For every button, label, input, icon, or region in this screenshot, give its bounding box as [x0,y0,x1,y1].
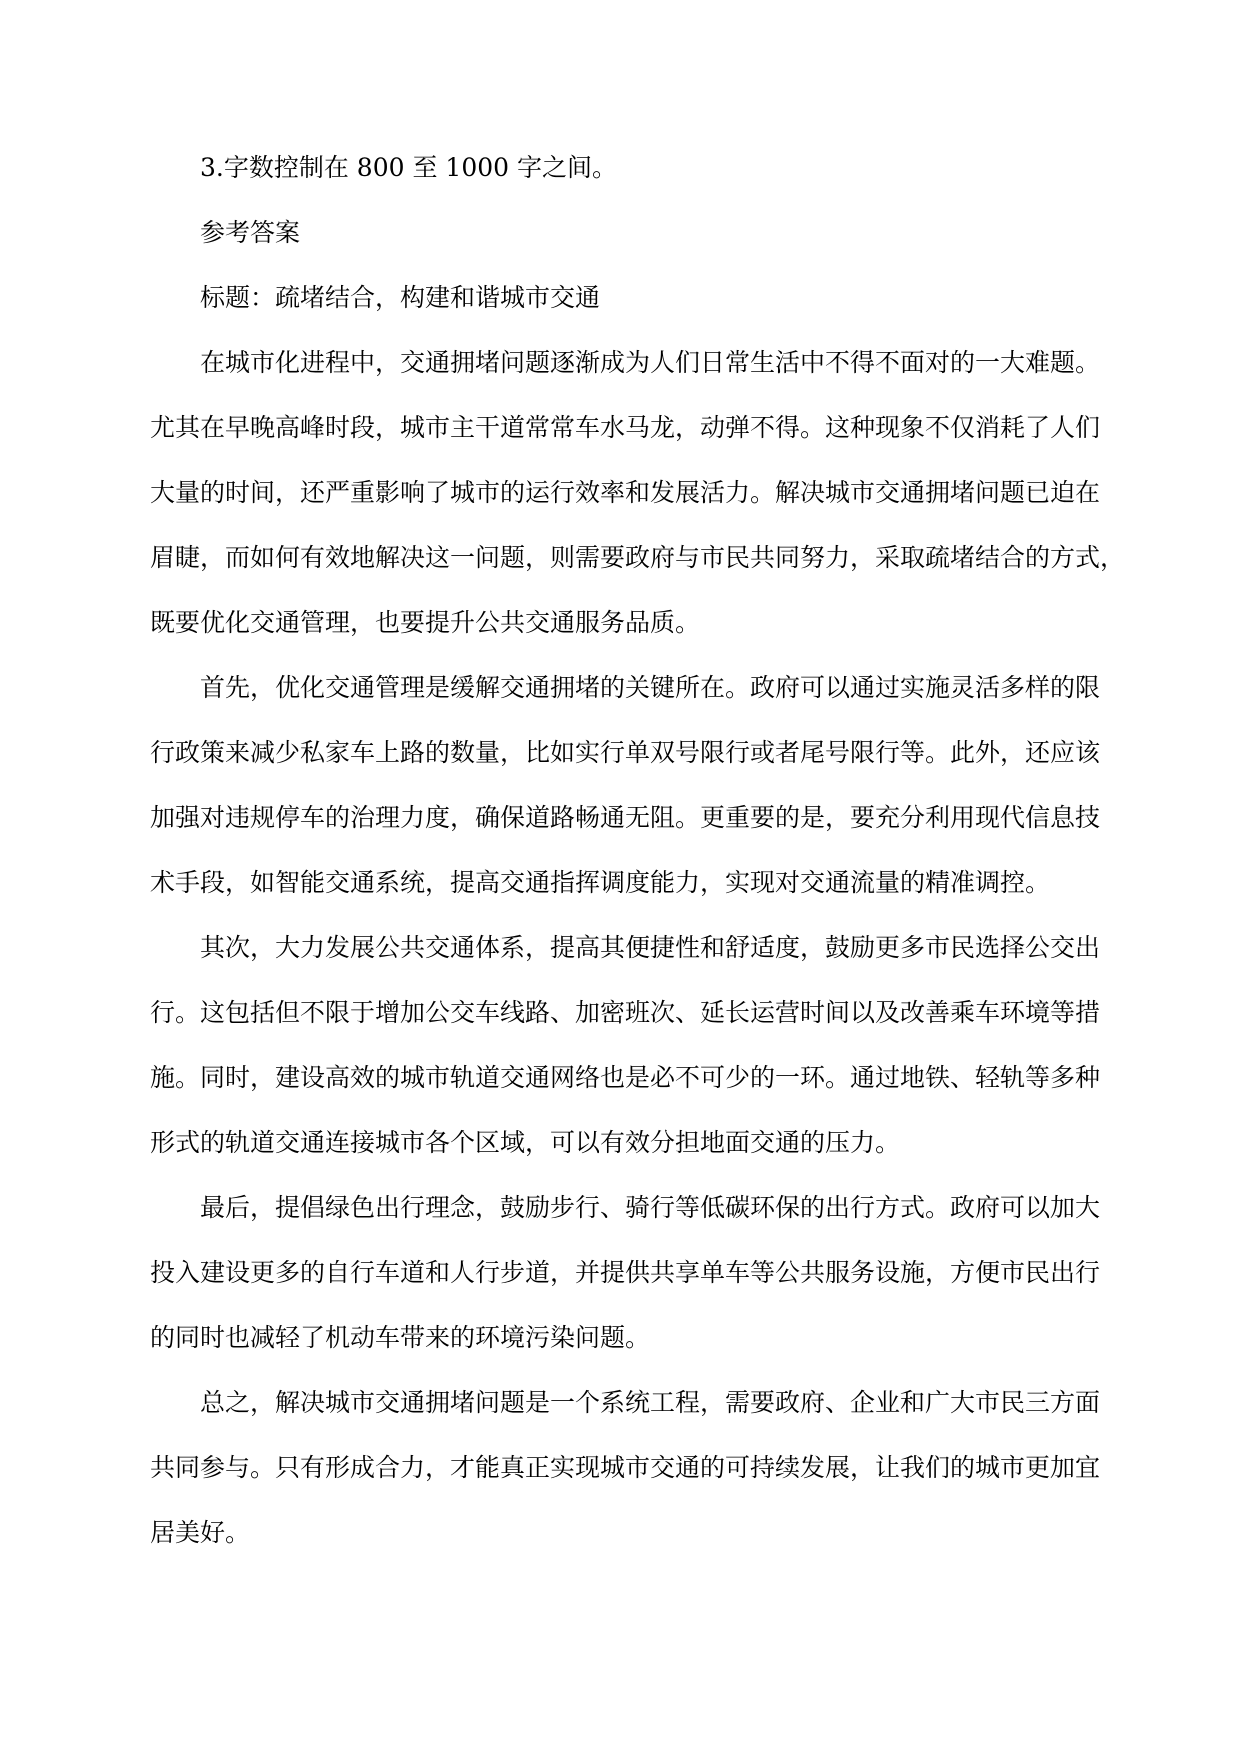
paragraph-line: 其次，大力发展公共交通体系，提高其便捷性和舒适度，鼓励更多市民选择公交出 [150,915,1100,980]
paragraph-line: 共同参与。只有形成合力，才能真正实现城市交通的可持续发展，让我们的城市更加宜 [150,1435,1100,1500]
paragraph-line: 尤其在早晚高峰时段，城市主干道常常车水马龙，动弹不得。这种现象不仅消耗了人们 [150,395,1100,460]
paragraph-line: 大量的时间，还严重影响了城市的运行效率和发展活力。解决城市交通拥堵问题已迫在 [150,460,1100,525]
paragraph-3: 其次，大力发展公共交通体系，提高其便捷性和舒适度，鼓励更多市民选择公交出 行。这… [150,915,1100,1175]
paragraph-line: 居美好。 [150,1500,1100,1565]
paragraph-line: 投入建设更多的自行车道和人行步道，并提供共享单车等公共服务设施，方便市民出行 [150,1240,1100,1305]
paragraph-5: 总之，解决城市交通拥堵问题是一个系统工程，需要政府、企业和广大市民三方面 共同参… [150,1370,1100,1565]
paragraph-line: 加强对违规停车的治理力度，确保道路畅通无阻。更重要的是，要充分利用现代信息技 [150,785,1100,850]
paragraph-4: 最后，提倡绿色出行理念，鼓励步行、骑行等低碳环保的出行方式。政府可以加大 投入建… [150,1175,1100,1370]
essay-title: 标题：疏堵结合，构建和谐城市交通 [150,265,1100,330]
document-page: 3.字数控制在 800 至 1000 字之间。 参考答案 标题：疏堵结合，构建和… [0,0,1241,1754]
paragraph-line: 的同时也减轻了机动车带来的环境污染问题。 [150,1305,1100,1370]
section-label-reference-answer: 参考答案 [150,200,1100,265]
paragraph-line: 眉睫，而如何有效地解决这一问题，则需要政府与市民共同努力，采取疏堵结合的方式， [150,525,1100,590]
paragraph-line: 形式的轨道交通连接城市各个区域，可以有效分担地面交通的压力。 [150,1110,1100,1175]
word-count-requirement: 3.字数控制在 800 至 1000 字之间。 [150,135,1100,200]
paragraph-line: 术手段，如智能交通系统，提高交通指挥调度能力，实现对交通流量的精准调控。 [150,850,1100,915]
paragraph-line: 施。同时，建设高效的城市轨道交通网络也是必不可少的一环。通过地铁、轻轨等多种 [150,1045,1100,1110]
paragraph-line: 最后，提倡绿色出行理念，鼓励步行、骑行等低碳环保的出行方式。政府可以加大 [150,1175,1100,1240]
paragraph-2: 首先，优化交通管理是缓解交通拥堵的关键所在。政府可以通过实施灵活多样的限 行政策… [150,655,1100,915]
paragraph-1: 在城市化进程中，交通拥堵问题逐渐成为人们日常生活中不得不面对的一大难题。 尤其在… [150,330,1100,655]
document-body: 3.字数控制在 800 至 1000 字之间。 参考答案 标题：疏堵结合，构建和… [150,135,1100,1565]
paragraph-line: 总之，解决城市交通拥堵问题是一个系统工程，需要政府、企业和广大市民三方面 [150,1370,1100,1435]
paragraph-line: 行。这包括但不限于增加公交车线路、加密班次、延长运营时间以及改善乘车环境等措 [150,980,1100,1045]
paragraph-line: 首先，优化交通管理是缓解交通拥堵的关键所在。政府可以通过实施灵活多样的限 [150,655,1100,720]
paragraph-line: 行政策来减少私家车上路的数量，比如实行单双号限行或者尾号限行等。此外，还应该 [150,720,1100,785]
paragraph-line: 既要优化交通管理，也要提升公共交通服务品质。 [150,590,1100,655]
paragraph-line: 在城市化进程中，交通拥堵问题逐渐成为人们日常生活中不得不面对的一大难题。 [150,330,1100,395]
